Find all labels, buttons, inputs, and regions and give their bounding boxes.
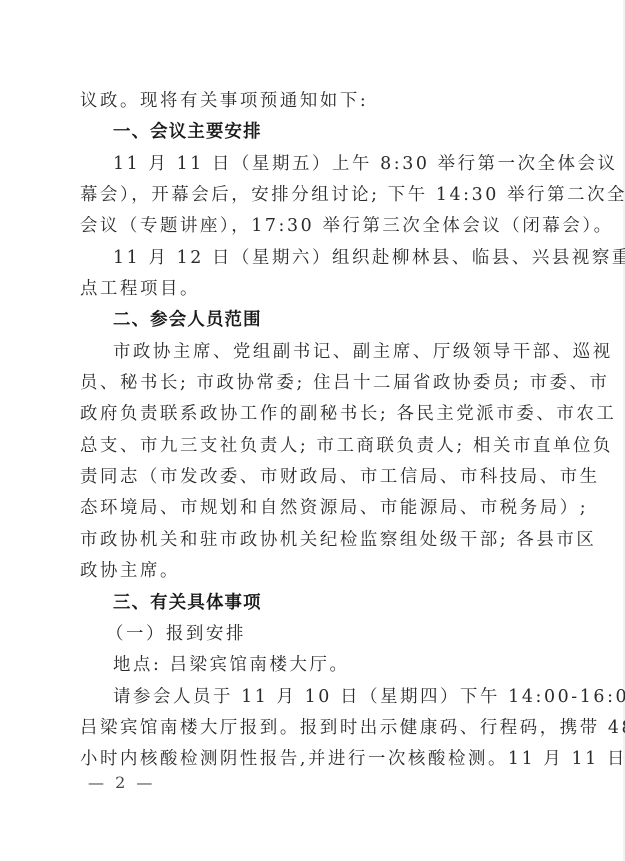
text-line: 幕会），开幕会后，安排分组讨论; 下午 14:30 举行第二次全体 (80, 180, 546, 211)
text-line: 小时内核酸检测阴性报告,并进行一次核酸检测。11 月 11 日 (80, 744, 546, 775)
text-line: 市政协主席、党组副书记、副主席、厅级领导干部、巡视 (80, 337, 546, 368)
paragraph-registration-details: 请参会人员于 11 月 10 日（星期四）下午 14:00-16:00 在 吕梁… (80, 682, 546, 776)
text-line: 会议（专题讲座），17:30 举行第三次全体会议（闭幕会）。 (80, 211, 546, 242)
section-heading-specific-matters: 三、有关具体事项 (80, 588, 546, 619)
text-line: 市政协机关和驻市政协机关纪检监察组处级干部; 各县市区 (80, 525, 546, 556)
paragraph-attendee-list: 市政协主席、党组副书记、副主席、厅级领导干部、巡视 员、秘书长; 市政协常委; … (80, 337, 546, 588)
text-line: 总支、市九三支社负责人; 市工商联负责人; 相关市直单位负 (80, 431, 546, 462)
text-line: 点工程项目。 (80, 274, 546, 305)
text-line: 11 月 12 日（星期六）组织赴柳林县、临县、兴县视察重 (80, 243, 546, 274)
document-body: 议政。现将有关事项预通知如下: 一、会议主要安排 11 月 11 日（星期五）上… (80, 86, 546, 776)
paragraph-intro-continuation: 议政。现将有关事项预通知如下: (80, 86, 546, 117)
text-line: 政府负责联系政协工作的副秘书长; 各民主党派市委、市农工 (80, 399, 546, 430)
section-heading-meeting-schedule: 一、会议主要安排 (80, 117, 546, 148)
document-page: 议政。现将有关事项预通知如下: 一、会议主要安排 11 月 11 日（星期五）上… (0, 0, 625, 861)
text-line: 员、秘书长; 市政协常委; 住吕十二届省政协委员; 市委、市 (80, 368, 546, 399)
paragraph-nov12-schedule: 11 月 12 日（星期六）组织赴柳林县、临县、兴县视察重 点工程项目。 (80, 243, 546, 306)
text-line: 政协主席。 (80, 556, 546, 587)
text-line: 责同志（市发改委、市财政局、市工信局、市科技局、市生 (80, 462, 546, 493)
paragraph-location: 地点: 吕梁宾馆南楼大厅。 (80, 650, 546, 681)
text-line: 态环境局、市规划和自然资源局、市能源局、市税务局）; (80, 493, 546, 524)
text-line: 议政。现将有关事项预通知如下: (80, 86, 546, 117)
page-number: — 2 — (88, 773, 155, 792)
text-line: （一）报到安排 (80, 619, 546, 650)
text-line: 请参会人员于 11 月 10 日（星期四）下午 14:00-16:00 在 (80, 682, 546, 713)
section-heading-attendees: 二、参会人员范围 (80, 305, 546, 336)
text-line: 11 月 11 日（星期五）上午 8:30 举行第一次全体会议（开 (80, 149, 546, 180)
paragraph-nov11-schedule: 11 月 11 日（星期五）上午 8:30 举行第一次全体会议（开 幕会），开幕… (80, 149, 546, 243)
subheading-registration: （一）报到安排 (80, 619, 546, 650)
text-line: 地点: 吕梁宾馆南楼大厅。 (80, 650, 546, 681)
text-line: 吕梁宾馆南楼大厅报到。报到时出示健康码、行程码，携带 48 (80, 713, 546, 744)
